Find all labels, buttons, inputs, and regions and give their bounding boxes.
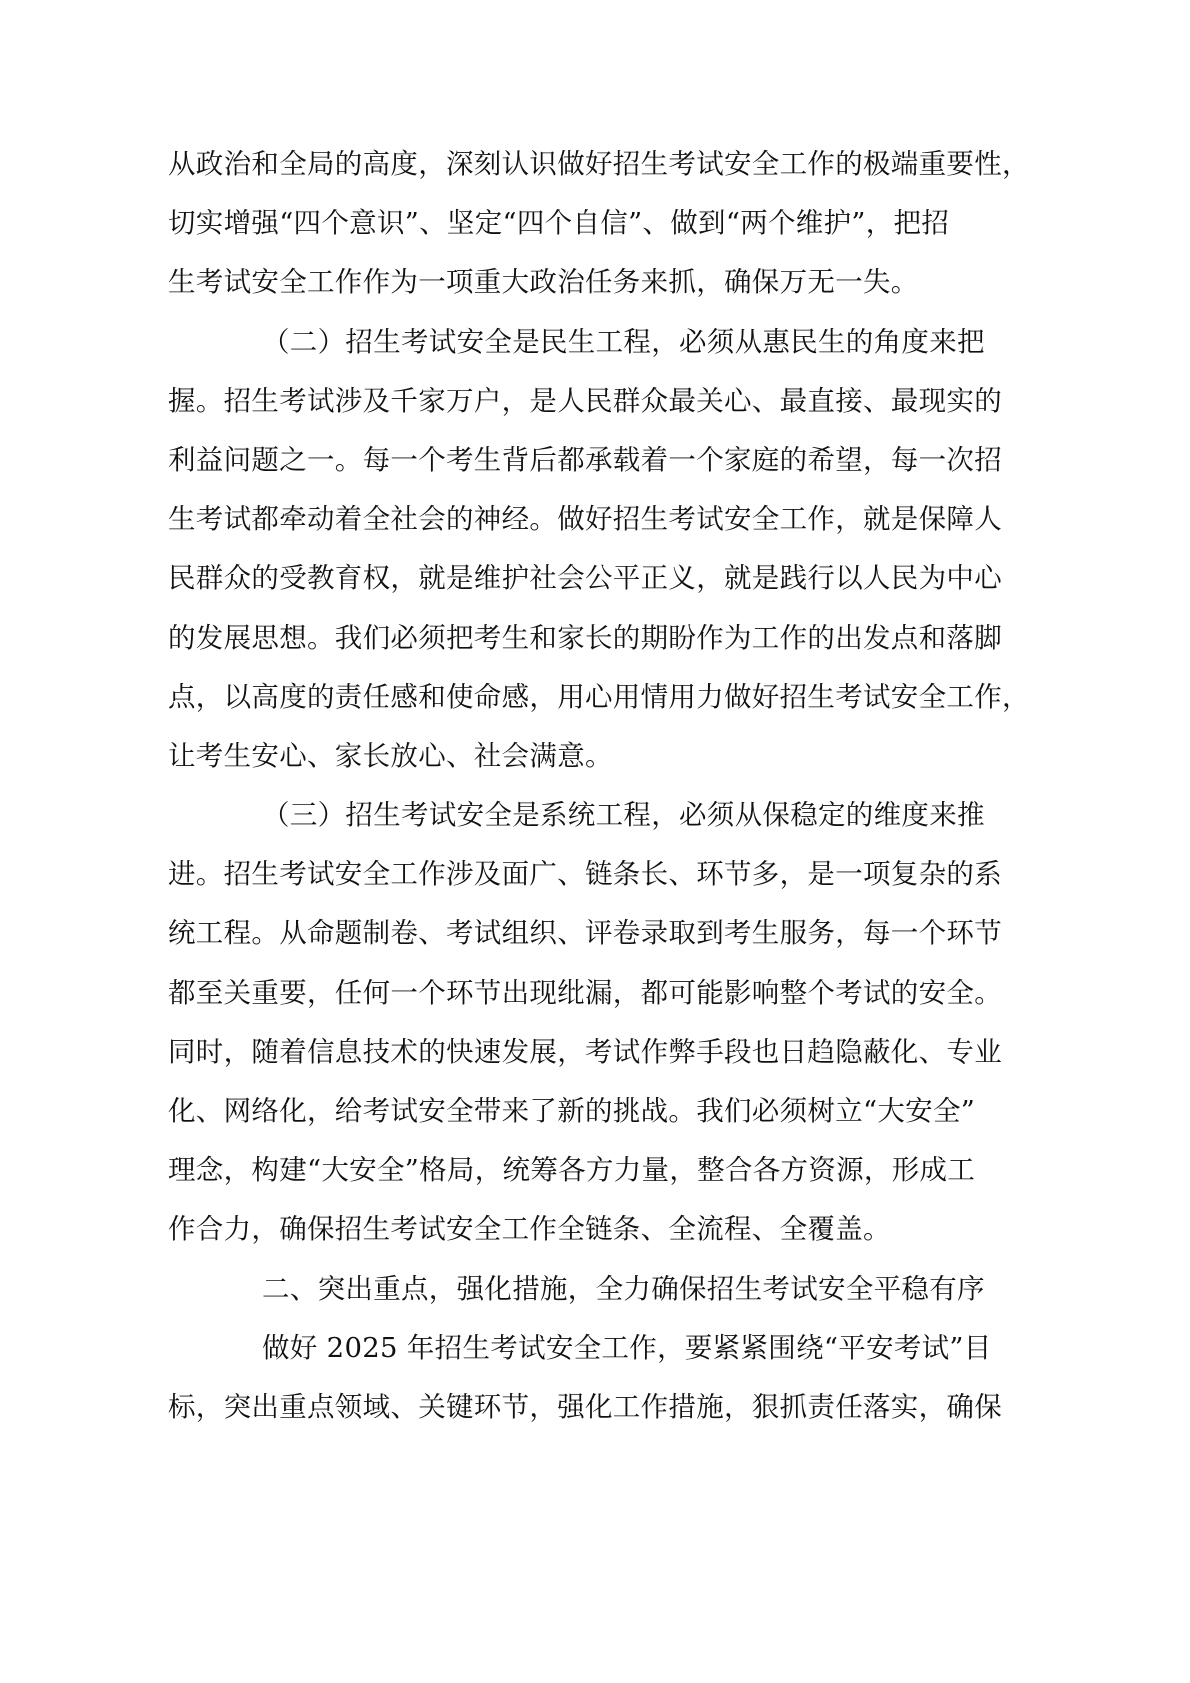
text-line: 让考生安心、家长放心、社会满意。 xyxy=(168,730,1028,789)
subsection-heading-3: （三）招生考试安全是系统工程，必须从保稳定的维度来推 xyxy=(168,789,1028,848)
text-line: 做好 2025 年招生考试安全工作，要紧紧围绕“平安考试”目 xyxy=(168,1322,1028,1381)
text-line: 化、网络化，给考试安全带来了新的挑战。我们必须树立“大安全” xyxy=(168,1085,1028,1144)
text-line: 进。招生考试安全工作涉及面广、链条长、环节多，是一项复杂的系 xyxy=(168,848,1028,907)
text-line: 利益问题之一。每一个考生背后都承载着一个家庭的希望，每一次招 xyxy=(168,434,1028,493)
text-line: 作合力，确保招生考试安全工作全链条、全流程、全覆盖。 xyxy=(168,1203,1028,1262)
text-line: 民群众的受教育权，就是维护社会公平正义，就是践行以人民为中心 xyxy=(168,552,1028,611)
text-line: 生考试都牵动着全社会的神经。做好招生考试安全工作，就是保障人 xyxy=(168,493,1028,552)
text-line: 同时，随着信息技术的快速发展，考试作弊手段也日趋隐蔽化、专业 xyxy=(168,1026,1028,1085)
text-line: 的发展思想。我们必须把考生和家长的期盼作为工作的出发点和落脚 xyxy=(168,612,1028,671)
text-line: 都至关重要，任何一个环节出现纰漏，都可能影响整个考试的安全。 xyxy=(168,967,1028,1026)
document-page: 从政治和全局的高度，深刻认识做好招生考试安全工作的极端重要性， 切实增强“四个意… xyxy=(168,138,1028,1440)
section-heading-2: 二、突出重点，强化措施，全力确保招生考试安全平稳有序 xyxy=(168,1263,1028,1322)
text-line: 生考试安全工作作为一项重大政治任务来抓，确保万无一失。 xyxy=(168,256,1028,315)
text-line: 点，以高度的责任感和使命感，用心用情用力做好招生考试安全工作， xyxy=(168,671,1028,730)
text-line: 握。招生考试涉及千家万户，是人民群众最关心、最直接、最现实的 xyxy=(168,375,1028,434)
text-line: 从政治和全局的高度，深刻认识做好招生考试安全工作的极端重要性， xyxy=(168,138,1028,197)
text-line: 统工程。从命题制卷、考试组织、评卷录取到考生服务，每一个环节 xyxy=(168,907,1028,966)
text-line: 标，突出重点领域、关键环节，强化工作措施，狠抓责任落实，确保 xyxy=(168,1381,1028,1440)
text-line: 切实增强“四个意识”、坚定“四个自信”、做到“两个维护”，把招 xyxy=(168,197,1028,256)
text-line: 理念，构建“大安全”格局，统筹各方力量，整合各方资源，形成工 xyxy=(168,1144,1028,1203)
subsection-heading-2: （二）招生考试安全是民生工程，必须从惠民生的角度来把 xyxy=(168,316,1028,375)
